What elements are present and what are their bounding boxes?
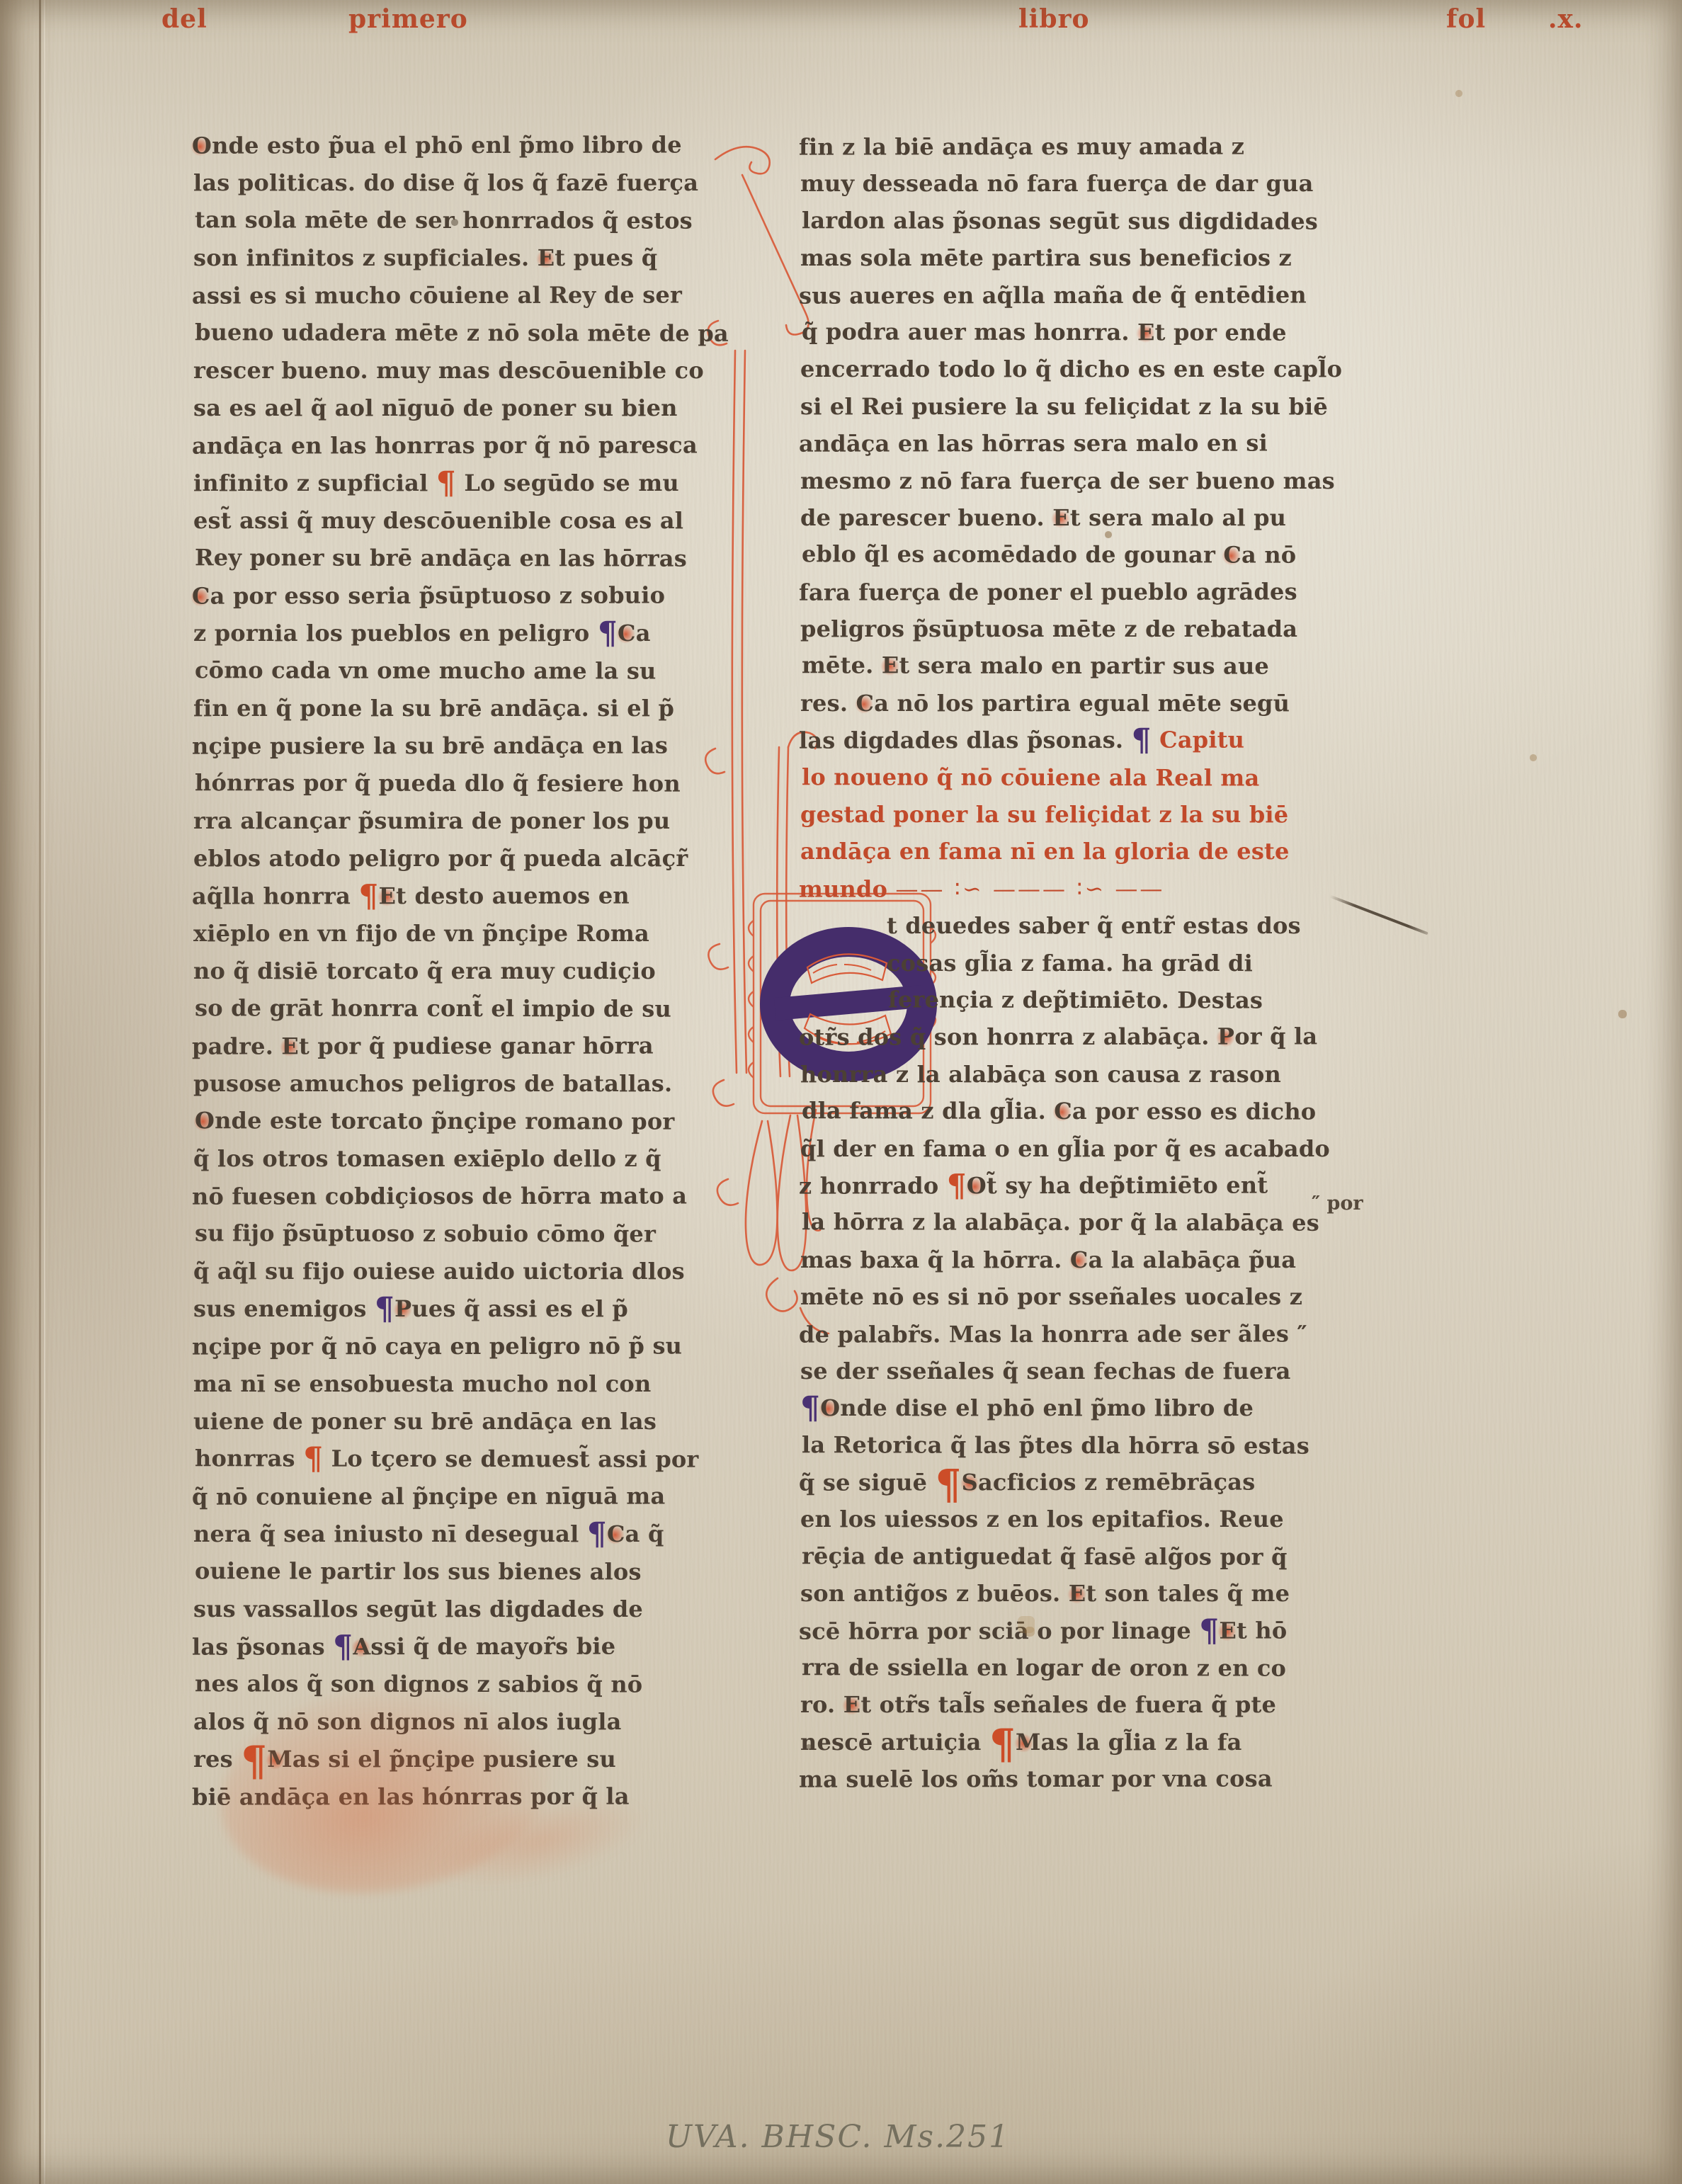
text-segment: mundo xyxy=(799,875,896,902)
text-segment: nde este torcato p̃nçipe romano por xyxy=(215,1107,674,1134)
text-segment: rēçia de antiguedat q̃ fasē alg̃os por… xyxy=(802,1542,1288,1570)
text-segment: t hō xyxy=(1237,1617,1287,1644)
shelfmark-caption: UVA. BHSC. Ms.251 xyxy=(666,2119,1010,2155)
manuscript-page: delprimerolibrofol.x. xyxy=(0,0,1682,2184)
text-line: cosas gl̃ia z fama. ha grād di xyxy=(800,950,1342,986)
text-column-right: fin z la biē andāça es muy amada zmuy … xyxy=(800,133,1342,1803)
header-word: fol xyxy=(1446,4,1486,34)
binding-edge xyxy=(0,0,55,2184)
text-segment: andāça en fama nī en la gloria de este xyxy=(800,838,1290,865)
text-segment: z honrrado xyxy=(799,1172,947,1199)
text-line: sa es ael q̃ aol nīguō de poner su bie… xyxy=(193,394,727,432)
text-segment: fin en q̃ pone la su brē andāça. si el… xyxy=(193,695,674,722)
text-segment: Lo segūdo se mu xyxy=(456,470,679,496)
text-segment: C xyxy=(192,583,210,610)
text-line: gestad poner la su feliçidat z la su bie… xyxy=(800,801,1342,838)
text-line: bueno udadera mēte z nō sola mēte de … xyxy=(195,319,729,358)
text-line: tan sola mēte de ser honrrados q̃ estos xyxy=(195,206,729,245)
text-line: fara fuerça de poner el pueblo agrādes xyxy=(799,578,1341,616)
text-segment: nō fuesen cobdiçiosos de hōrra mato a xyxy=(192,1182,687,1210)
text-line: andāça en las honrras por q̃ nō paresc… xyxy=(192,431,726,470)
text-segment: eblos atodo peligro por q̃ pueda alcāçr… xyxy=(193,845,688,872)
text-segment: rra de ssiella en logar de oron z en co xyxy=(802,1654,1286,1681)
text-segment: ma nī se ensobuesta mucho nol con xyxy=(193,1370,651,1397)
text-segment: de parescer bueno. xyxy=(800,504,1052,531)
text-segment: E xyxy=(1137,319,1155,346)
text-segment: tan sola mēte de ser honrrados q̃ estos xyxy=(195,206,693,234)
text-segment: E xyxy=(1219,1617,1237,1644)
header-word: del xyxy=(161,4,208,34)
text-segment: nçipe por q̃ nō caya en peligro nō p̃ … xyxy=(192,1332,682,1360)
text-segment: Lo tçero se demuest̃ assi por xyxy=(323,1445,698,1473)
text-segment: O xyxy=(195,1107,215,1134)
text-segment: q̃ podra auer mas honrra. xyxy=(802,318,1137,346)
text-line: ro. Et otr̃s tal̃s señales de fuera q̃ … xyxy=(800,1691,1342,1728)
text-segment: P xyxy=(394,1295,411,1322)
pilcrow-mark: ¶ xyxy=(800,1390,820,1426)
text-segment: C xyxy=(618,620,636,647)
text-line: ouiene le partir los sus bienes alos xyxy=(195,1557,729,1596)
text-segment: q̃ aq̃l su fijo ouiese auido uictoria dl… xyxy=(193,1258,685,1285)
text-segment: su fijo p̃sūptuoso z sobuio cōmo q̃er xyxy=(195,1219,656,1247)
margin-pen-stroke xyxy=(1329,895,1428,935)
pilcrow-mark: ¶ xyxy=(587,1516,607,1552)
text-line: aq̃lla honrra ¶Et desto auemos en xyxy=(192,882,726,920)
text-segment: ma suelē los om̃s tomar por vna cosa xyxy=(799,1765,1273,1793)
text-segment: est̃ assi q̃ muy descōuenible cosa es a… xyxy=(193,507,683,534)
text-segment: q̃ nō conuiene al p̃nçipe en nīguā ma xyxy=(192,1482,665,1510)
text-line: otr̃s dos q̃ son honrra z alabāça. Por … xyxy=(799,1023,1341,1062)
text-segment: lo noueno q̃ nō cōuiene ala Real ma xyxy=(802,763,1260,791)
text-segment: a q̃ xyxy=(625,1520,664,1547)
text-line: q̃l der en fama o en gl̃ia por q̃ es aca… xyxy=(800,1135,1342,1172)
text-segment: sus vassallos segūt las digdades de xyxy=(193,1596,643,1622)
text-line: t deuedes saber q̃ entr̃ estas dos xyxy=(800,912,1342,949)
text-segment: —— ∶∽ ——— ∶∽ —— xyxy=(895,875,1164,903)
text-line: assi es si mucho cōuiene al Rey de ser xyxy=(192,281,726,319)
text-segment: mēte nō es si nō por sseñales uocale… xyxy=(800,1283,1302,1310)
text-segment: mesmo z nō fara fuerça de ser bueno mas xyxy=(800,467,1335,494)
text-line: rēçia de antiguedat q̃ fasē alg̃os por… xyxy=(802,1542,1343,1581)
text-line: q̃ aq̃l su fijo ouiese auido uictoria dl… xyxy=(193,1258,727,1295)
text-segment: nde esto p̃ua el phō enl p̃mo libro de xyxy=(212,131,682,159)
text-line: honrra z la alabāça son causa z rason xyxy=(800,1061,1342,1098)
binding-crease-highlight xyxy=(44,0,45,2184)
pilcrow-mark: ¶ xyxy=(989,1720,1016,1768)
text-line: eblos atodo peligro por q̃ pueda alcāçr… xyxy=(193,845,727,882)
binding-crease xyxy=(39,0,41,2184)
text-segment: hónrras por q̃ pueda dlo q̃ fesiere hon xyxy=(195,769,681,797)
text-segment: si el Rei pusiere la su feliçidat z la s… xyxy=(800,393,1328,420)
header-word: primero xyxy=(348,4,468,34)
text-segment: las politicas. do dise q̃ los q̃ fazē f… xyxy=(193,169,698,196)
text-line: Ca por esso seria p̃sūptuoso z sobuio xyxy=(192,581,726,620)
text-segment: ouiene le partir los sus bienes alos xyxy=(195,1557,642,1585)
text-line: scē hōrra por sciā o por linage ¶Et h… xyxy=(799,1617,1341,1655)
text-line: Onde este torcato p̃nçipe romano por xyxy=(195,1107,729,1146)
text-segment: aq̃lla honrra xyxy=(192,882,358,909)
text-segment: padre. xyxy=(192,1033,281,1059)
text-line: z pornia los pueblos en peligro ¶Ca xyxy=(193,620,727,657)
text-line: nçipe por q̃ nō caya en peligro nō p̃ … xyxy=(192,1332,726,1370)
text-segment: O xyxy=(820,1394,840,1421)
text-line: pusose amuchos peligros de batallas. xyxy=(193,1070,727,1108)
text-segment: E xyxy=(1069,1580,1086,1607)
text-line: si el Rei pusiere la su feliçidat z la s… xyxy=(800,393,1342,430)
text-segment: lardon alas p̃sonas segūt sus digdidade… xyxy=(802,207,1318,235)
text-line: infinito z supficial ¶ Lo segūdo se mu xyxy=(193,470,727,507)
text-segment: nera q̃ sea iniusto nī desegual xyxy=(193,1520,587,1547)
text-line: rra alcançar p̃sumira de poner los pu xyxy=(193,807,727,845)
text-line: est̃ assi q̃ muy descōuenible cosa es a… xyxy=(193,507,727,545)
text-segment: q̃l der en fama o en gl̃ia por q̃ es aca… xyxy=(800,1135,1330,1162)
text-segment: Rey poner su brē andāça en las hōrras xyxy=(195,544,687,571)
text-segment: t sera malo al pu xyxy=(1070,504,1286,531)
pilcrow-mark: ¶ xyxy=(598,615,618,652)
pilcrow-mark: ¶ xyxy=(303,1441,323,1477)
text-line: xiēplo en vn fijo de vn p̃nçipe Roma xyxy=(193,920,727,957)
text-line: q̃ nō conuiene al p̃nçipe en nīguā ma xyxy=(192,1482,726,1520)
text-segment: or q̃ la xyxy=(1234,1023,1317,1050)
text-segment: t por ende xyxy=(1155,319,1287,346)
text-segment: t pues q̃ xyxy=(555,244,657,271)
text-segment: la Retorica q̃ las p̃tes dla hōrra sō … xyxy=(802,1431,1309,1460)
text-line: rescer bueno. muy mas descōuenible co xyxy=(193,357,727,394)
header-word: libro xyxy=(1018,4,1090,34)
text-segment: sus aueres en aq̃lla maña de q̃ entēdi… xyxy=(799,281,1307,309)
text-segment: ferençia z dep̃timiēto. Destas xyxy=(888,986,1263,1013)
text-segment: fara fuerça de poner el pueblo agrādes xyxy=(799,578,1297,605)
text-line: rra de ssiella en logar de oron z en co xyxy=(802,1654,1343,1692)
text-segment: E xyxy=(882,652,899,679)
text-segment: uiene de poner su brē andāça en las xyxy=(193,1408,657,1435)
parchment-stains xyxy=(0,0,3,3)
text-line: ma suelē los om̃s tomar por vna cosa xyxy=(799,1765,1341,1804)
text-segment: bueno udadera mēte z nō sola mēte de … xyxy=(195,319,729,347)
text-segment: res. xyxy=(800,690,856,717)
text-line: q̃ podra auer mas honrra. Et por ende xyxy=(802,318,1343,356)
text-segment: M xyxy=(1016,1729,1041,1756)
text-segment: P xyxy=(1217,1023,1234,1050)
text-line: encerrado todo lo q̃ dicho es en este ca… xyxy=(800,356,1342,392)
text-segment: E xyxy=(843,1691,861,1718)
text-line: Onde esto p̃ua el phō enl p̃mo libro de xyxy=(192,131,726,169)
text-segment: C xyxy=(856,690,875,717)
text-line: no q̃ disiē torcato q̃ era muy cudiçio xyxy=(193,957,727,995)
text-segment: E xyxy=(1052,504,1070,531)
text-line: ma nī se ensobuesta mucho nol con xyxy=(193,1370,727,1408)
text-line: sus enemigos ¶Pues q̃ assi es el p̃ xyxy=(193,1295,727,1333)
text-segment: fin z la biē andāça es muy amada z xyxy=(799,133,1244,161)
text-segment: so de grāt honrra cont̃ el impio de su xyxy=(195,994,671,1022)
text-line: cōmo cada vn ome mucho ame la su xyxy=(195,656,729,695)
text-line: su fijo p̃sūptuoso z sobuio cōmo q̃er xyxy=(195,1219,729,1258)
text-line: mas sola mēte partira sus beneficios z xyxy=(800,244,1342,281)
text-line: lardon alas p̃sonas segūt sus digdidade… xyxy=(802,207,1343,245)
text-line: en los uiessos z en los epitafios. Reue xyxy=(800,1506,1342,1542)
text-segment: a nō xyxy=(1241,542,1296,569)
margin-note: ″ por xyxy=(1312,1193,1363,1215)
text-segment: E xyxy=(281,1033,299,1059)
text-segment: las p̃sonas xyxy=(192,1633,333,1660)
text-segment: dla fama z dla gl̃ia. xyxy=(802,1097,1054,1125)
text-line: uiene de poner su brē andāça en las xyxy=(193,1408,727,1445)
text-line: hónrras por q̃ pueda dlo q̃ fesiere hon xyxy=(195,769,729,808)
text-segment: S xyxy=(962,1469,978,1496)
text-segment: t sera malo en partir sus aue xyxy=(899,652,1269,680)
text-line: las politicas. do dise q̃ los q̃ fazē f… xyxy=(193,169,727,207)
text-segment: mas sola mēte partira sus beneficios z xyxy=(800,244,1292,271)
text-line: las p̃sonas ¶Assi q̃ de mayor̃s bie xyxy=(192,1632,726,1671)
text-segment: no q̃ disiē torcato q̃ era muy cudiçio xyxy=(193,957,656,984)
text-segment: O xyxy=(192,132,212,159)
text-segment: sa es ael q̃ aol nīguō de poner su bie… xyxy=(193,394,678,421)
text-line: de parescer bueno. Et sera malo al pu xyxy=(800,504,1342,541)
text-segment: mas baxa q̃ la hōrra. xyxy=(800,1246,1070,1273)
text-segment: O xyxy=(967,1172,987,1199)
text-segment: a la alabāça p̃ua xyxy=(1089,1246,1297,1273)
text-line: andāça en fama nī en la gloria de este xyxy=(800,838,1342,875)
pilcrow-mark: ¶ xyxy=(375,1291,394,1327)
text-line: mesmo z nō fara fuerça de ser bueno mas xyxy=(800,467,1342,504)
text-segment: E xyxy=(538,244,555,271)
text-column-left: Onde esto p̃ua el phō enl p̃mo libro de… xyxy=(193,132,727,1821)
text-line: nescē artuiçia ¶Mas la gl̃ia z la fa xyxy=(800,1729,1342,1765)
text-line: nera q̃ sea iniusto nī desegual ¶Ca q̃ xyxy=(193,1520,727,1558)
text-line: peligros p̃sūptuosa mēte z de rebatada xyxy=(800,615,1342,652)
text-segment: peligros p̃sūptuosa mēte z de rebatada xyxy=(800,615,1297,642)
text-segment: Capitu xyxy=(1152,727,1244,753)
text-line: Rey poner su brē andāça en las hōrras xyxy=(195,544,729,583)
text-line: son infinitos z supficiales. Et pues q̃ xyxy=(193,244,727,282)
text-segment: ues q̃ assi es el p̃ xyxy=(411,1295,628,1322)
text-line: res. Ca nō los partira egual mēte segu… xyxy=(800,690,1342,727)
text-segment: t otr̃s tal̃s señales de fuera q̃ pte xyxy=(860,1691,1276,1718)
text-line: eblo q̃l es acomēdado de gounar Ca nō xyxy=(802,540,1343,579)
pilcrow-mark: ¶ xyxy=(333,1629,353,1665)
pilcrow-mark: ¶ xyxy=(1132,722,1152,758)
text-segment: q̃ se siguē xyxy=(799,1469,936,1496)
text-line: honrras ¶ Lo tçero se demuest̃ assi por xyxy=(195,1445,729,1484)
text-segment: a por esso es dicho xyxy=(1072,1098,1317,1125)
text-line: nçipe pusiere la su brē andāça en las xyxy=(192,732,726,770)
text-segment: nçipe pusiere la su brē andāça en las xyxy=(192,732,668,759)
text-segment: pusose amuchos peligros de batallas. xyxy=(193,1070,672,1097)
text-segment: A xyxy=(353,1633,370,1660)
text-line: ¶Onde dise el phō enl p̃mo libro de xyxy=(800,1394,1342,1431)
text-line: ferençia z dep̃timiēto. Destas xyxy=(802,986,1343,1024)
text-segment: t̃ sy ha dep̃timiēto ent̃ xyxy=(987,1171,1268,1199)
text-segment: se der sseñales q̃ sean fechas de fuera xyxy=(800,1358,1291,1384)
text-segment: andāça en las hōrras sera malo en si xyxy=(799,430,1268,457)
header-word: .x. xyxy=(1548,4,1584,34)
text-segment: C xyxy=(1223,542,1241,569)
text-segment: q̃ los otros tomasen exiēplo dello z q̃ xyxy=(193,1145,661,1172)
text-line: se der sseñales q̃ sean fechas de fuera xyxy=(800,1358,1342,1394)
text-segment: assi es si mucho cōuiene al Rey de ser xyxy=(192,281,682,309)
text-segment: honrra z la alabāça son causa z rason xyxy=(800,1061,1281,1088)
text-segment: gestad poner la su feliçidat z la su bie… xyxy=(800,801,1288,828)
text-segment: infinito z supficial xyxy=(193,470,436,496)
text-line: mēte. Et sera malo en partir sus aue xyxy=(802,652,1343,690)
text-segment: ro. xyxy=(800,1691,843,1718)
pilcrow-mark: ¶ xyxy=(1199,1613,1219,1649)
text-line: nō fuesen cobdiçiosos de hōrra mato a xyxy=(192,1182,726,1220)
text-segment: mēte. xyxy=(802,652,882,679)
text-segment: t por q̃ pudiese ganar hōrra xyxy=(299,1033,654,1060)
text-segment: a nō los partira egual mēte segū xyxy=(874,690,1290,717)
text-line: la hōrra z la alabāça. por q̃ la alaba… xyxy=(802,1209,1343,1247)
text-line: q̃ se siguē ¶Sacficios z remēbrāças xyxy=(799,1468,1341,1506)
text-segment: la hōrra z la alabāça. por q̃ la alaba… xyxy=(802,1209,1319,1237)
text-segment: nescē artuiçia xyxy=(800,1729,989,1756)
text-line: sus vassallos segūt las digdades de xyxy=(193,1596,727,1633)
text-segment: xiēplo en vn fijo de vn p̃nçipe Roma xyxy=(193,920,649,947)
text-segment: otr̃s dos q̃ son honrra z alabāça. xyxy=(799,1023,1217,1051)
text-segment: en los uiessos z en los epitafios. Reue xyxy=(800,1506,1284,1532)
text-segment: cōmo cada vn ome mucho ame la su xyxy=(195,656,657,684)
text-segment: ssi q̃ de mayor̃s bie xyxy=(370,1633,615,1661)
text-segment: rra alcançar p̃sumira de poner los pu xyxy=(193,807,670,834)
text-segment: z pornia los pueblos en peligro xyxy=(193,620,598,647)
text-segment: sus enemigos xyxy=(193,1295,375,1322)
text-segment: t desto auemos en xyxy=(396,882,630,910)
text-line: de palabr̃s. Mas la honrra ade ser ãles… xyxy=(799,1320,1341,1358)
text-segment: andāça en las honrras por q̃ nō paresc… xyxy=(192,431,698,459)
text-line: fin en q̃ pone la su brē andāça. si el… xyxy=(193,695,727,732)
text-segment: rescer bueno. muy mas descōuenible co xyxy=(193,357,704,384)
text-segment: eblo q̃l es acomēdado de gounar xyxy=(802,540,1223,568)
text-line: la Retorica q̃ las p̃tes dla hōrra sō … xyxy=(802,1431,1343,1469)
text-segment: C xyxy=(1070,1246,1089,1273)
text-segment: t deuedes saber q̃ entr̃ estas dos xyxy=(887,912,1301,939)
pilcrow-mark: ¶ xyxy=(436,465,456,501)
text-line: so de grāt honrra cont̃ el impio de su xyxy=(195,994,729,1033)
text-segment: honrras xyxy=(195,1445,303,1472)
text-line: sus aueres en aq̃lla maña de q̃ entēdi… xyxy=(799,281,1341,319)
pilcrow-mark: ¶ xyxy=(947,1168,967,1204)
text-line: lo noueno q̃ nō cōuiene ala Real ma xyxy=(802,763,1343,802)
text-segment: scē hōrra por sciā o por linage xyxy=(799,1617,1199,1644)
text-line: andāça en las hōrras sera malo en si xyxy=(799,429,1341,467)
text-segment: acficios z remēbrāças xyxy=(978,1469,1256,1496)
pilcrow-mark: ¶ xyxy=(358,878,378,914)
pilcrow-mark: ¶ xyxy=(935,1460,961,1508)
text-segment: a xyxy=(636,620,651,647)
text-line: z honrrado ¶Ot̃ sy ha dep̃timiēto ent̃ xyxy=(799,1171,1341,1210)
text-line: las digdades dlas p̃sonas. ¶ Capitu xyxy=(799,727,1341,765)
text-segment: cosas gl̃ia z fama. ha grād di xyxy=(887,950,1253,977)
text-segment: nde dise el phō enl p̃mo libro de xyxy=(840,1394,1254,1421)
text-line: mēte nō es si nō por sseñales uocale… xyxy=(800,1283,1342,1320)
text-segment: a por esso seria p̃sūptuoso z sobuio xyxy=(210,581,666,609)
text-segment: son infinitos z supficiales. xyxy=(193,244,538,271)
text-line: q̃ los otros tomasen exiēplo dello z q̃ xyxy=(193,1145,727,1183)
text-segment: E xyxy=(379,882,397,909)
text-segment: muy desseada nō fara fuerça de dar gua xyxy=(800,170,1314,197)
text-segment: as la gl̃ia z la fa xyxy=(1041,1729,1242,1756)
text-segment: de palabr̃s. Mas la honrra ade ser ãles… xyxy=(799,1320,1307,1348)
text-segment: C xyxy=(607,1520,625,1547)
text-segment: las digdades dlas p̃sonas. xyxy=(799,727,1132,754)
text-line: dla fama z dla gl̃ia. Ca por esso es dic… xyxy=(802,1097,1343,1135)
text-segment: son antig̃os z buēos. xyxy=(800,1580,1069,1607)
text-segment: t son tales q̃ me xyxy=(1086,1580,1290,1607)
text-line: muy desseada nō fara fuerça de dar gua xyxy=(800,170,1342,207)
text-line: mundo —— ∶∽ ——— ∶∽ —— xyxy=(799,875,1341,913)
text-line: mas baxa q̃ la hōrra. Ca la alabāça p̃… xyxy=(800,1246,1342,1283)
text-line: fin z la biē andāça es muy amada z xyxy=(799,132,1341,171)
text-line: padre. Et por q̃ pudiese ganar hōrra xyxy=(192,1032,726,1070)
text-segment: C xyxy=(1054,1098,1072,1125)
text-segment: encerrado todo lo q̃ dicho es en este ca… xyxy=(800,356,1342,382)
text-line: son antig̃os z buēos. Et son tales q̃ m… xyxy=(800,1580,1342,1617)
